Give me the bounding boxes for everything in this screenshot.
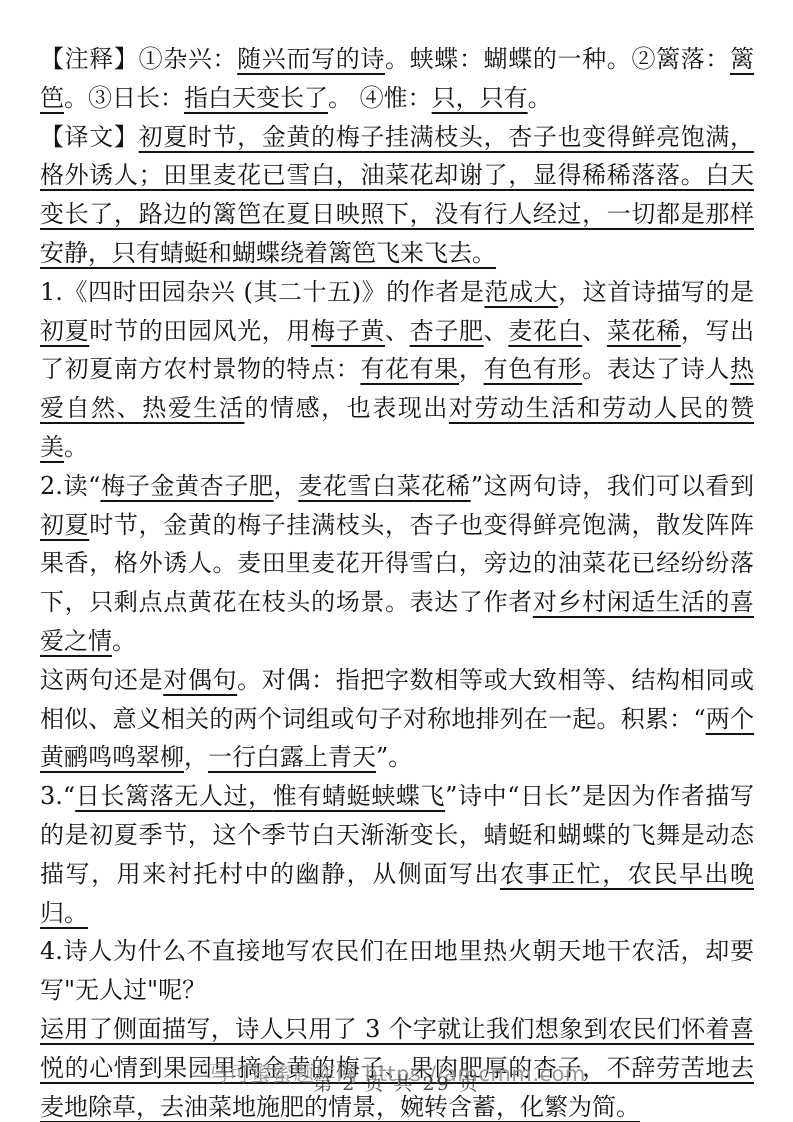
underlined-text-segment: 菜花稀 [607,317,681,345]
document-body: 【注释】①杂兴：随兴而写的诗。蛱蝶：蝴蝶的一种。②篱落：篱笆。③日长：指白天变长… [40,40,754,1122]
underlined-text-segment: 随兴而写的诗 [237,45,385,73]
underlined-text-segment: 一行白露上青天 [208,743,376,771]
underlined-text-segment: 有花有果 [360,355,459,383]
text-segment: ， [274,472,299,500]
paragraph-q3: 3.“日长篱落无人过，惟有蜻蜓蛱蝶飞”诗中“日长”是因为作者描写的是初夏季节，这… [40,777,754,932]
underlined-text-segment: 初夏 [40,317,89,345]
text-segment: 【译文】 [40,123,139,151]
text-segment: ， [459,355,484,383]
underlined-text-segment: 日长篱落无人过， [75,782,273,810]
underlined-text-segment: 惟有蜻蜓蛱蝶飞 [273,782,445,810]
underlined-text-segment: 麦花白 [508,317,582,345]
text-segment: 【注释】①杂兴： [40,45,237,73]
text-segment: 。蛱蝶：蝴蝶的一种。②篱落： [385,45,730,73]
underlined-text-segment: 初夏时节，金黄的梅子挂满枝头，杏子也变得鲜亮饱满，格外诱人；田里麦花已雪白，油菜… [40,123,754,267]
paragraph-translation: 【译文】初夏时节，金黄的梅子挂满枝头，杏子也变得鲜亮饱满，格外诱人；田里麦花已雪… [40,118,754,273]
text-segment: 时节的田园风光，用 [89,317,311,345]
page-number-label: 第 2 页 共 29 页 [0,1069,793,1096]
text-segment: 。③日长： [64,84,184,112]
page-footer: 马可蜜蜜题库网 https://amcmm.com 第 2 页 共 29 页 [0,1054,793,1104]
text-segment: ”。 [376,743,412,771]
text-segment: 4.诗人为什么不直接地写农民们在田地里热火朝天地干农活，却要写"无人过"呢？ [40,937,754,1004]
underlined-text-segment: 杏子肥 [410,317,484,345]
text-segment: 。表达了诗人 [582,355,730,383]
text-segment: 3.“ [40,782,75,810]
underlined-text-segment: 有色有形 [484,355,583,383]
paragraph-notes: 【注释】①杂兴：随兴而写的诗。蛱蝶：蝴蝶的一种。②篱落：篱笆。③日长：指白天变长… [40,40,754,118]
text-segment: 的情感，也表现出 [244,394,448,422]
underlined-text-segment: 指白天变长了 [184,84,328,112]
paragraph-q4-question: 4.诗人为什么不直接地写农民们在田地里热火朝天地干农活，却要写"无人过"呢？ [40,932,754,1010]
text-segment: 、 [582,317,607,345]
text-segment: ，这首诗描写的是 [558,278,754,306]
text-segment: 1.《四时田园杂兴 (其二十五)》的作者是 [40,278,484,306]
text-segment: 2.读“ [40,472,100,500]
text-segment: ， [184,743,208,771]
underlined-text-segment: 范成大 [484,278,558,306]
text-segment: 这两句还是 [40,666,163,694]
paragraph-duiou: 这两句还是对偶句。对偶：指把字数相等或大致相等、结构相同或相似、意义相关的两个词… [40,661,754,777]
paragraph-q1: 1.《四时田园杂兴 (其二十五)》的作者是范成大，这首诗描写的是初夏时节的田园风… [40,273,754,467]
paragraph-q2: 2.读“梅子金黄杏子肥，麦花雪白菜花稀”这两句诗，我们可以看到初夏时节，金黄的梅… [40,467,754,661]
underlined-text-segment: 麦花雪白菜花稀 [298,472,470,500]
text-segment: ”这两句诗，我们可以看到 [471,472,754,500]
text-segment: 、 [484,317,509,345]
underlined-text-segment: 初夏 [40,511,89,539]
document-page: 【注释】①杂兴：随兴而写的诗。蛱蝶：蝴蝶的一种。②篱落：篱笆。③日长：指白天变长… [0,0,793,1122]
text-segment: 。 [528,84,552,112]
underlined-text-segment: 对偶句 [163,666,237,694]
text-segment: 。 [112,627,136,655]
text-segment: 。 [64,433,88,461]
text-segment: 。 ④惟： [328,84,432,112]
text-segment: 、 [385,317,410,345]
underlined-text-segment: 只，只有 [432,84,528,112]
underlined-text-segment: 梅子黄 [311,317,385,345]
underlined-text-segment: 梅子金黄杏子肥 [100,472,273,500]
